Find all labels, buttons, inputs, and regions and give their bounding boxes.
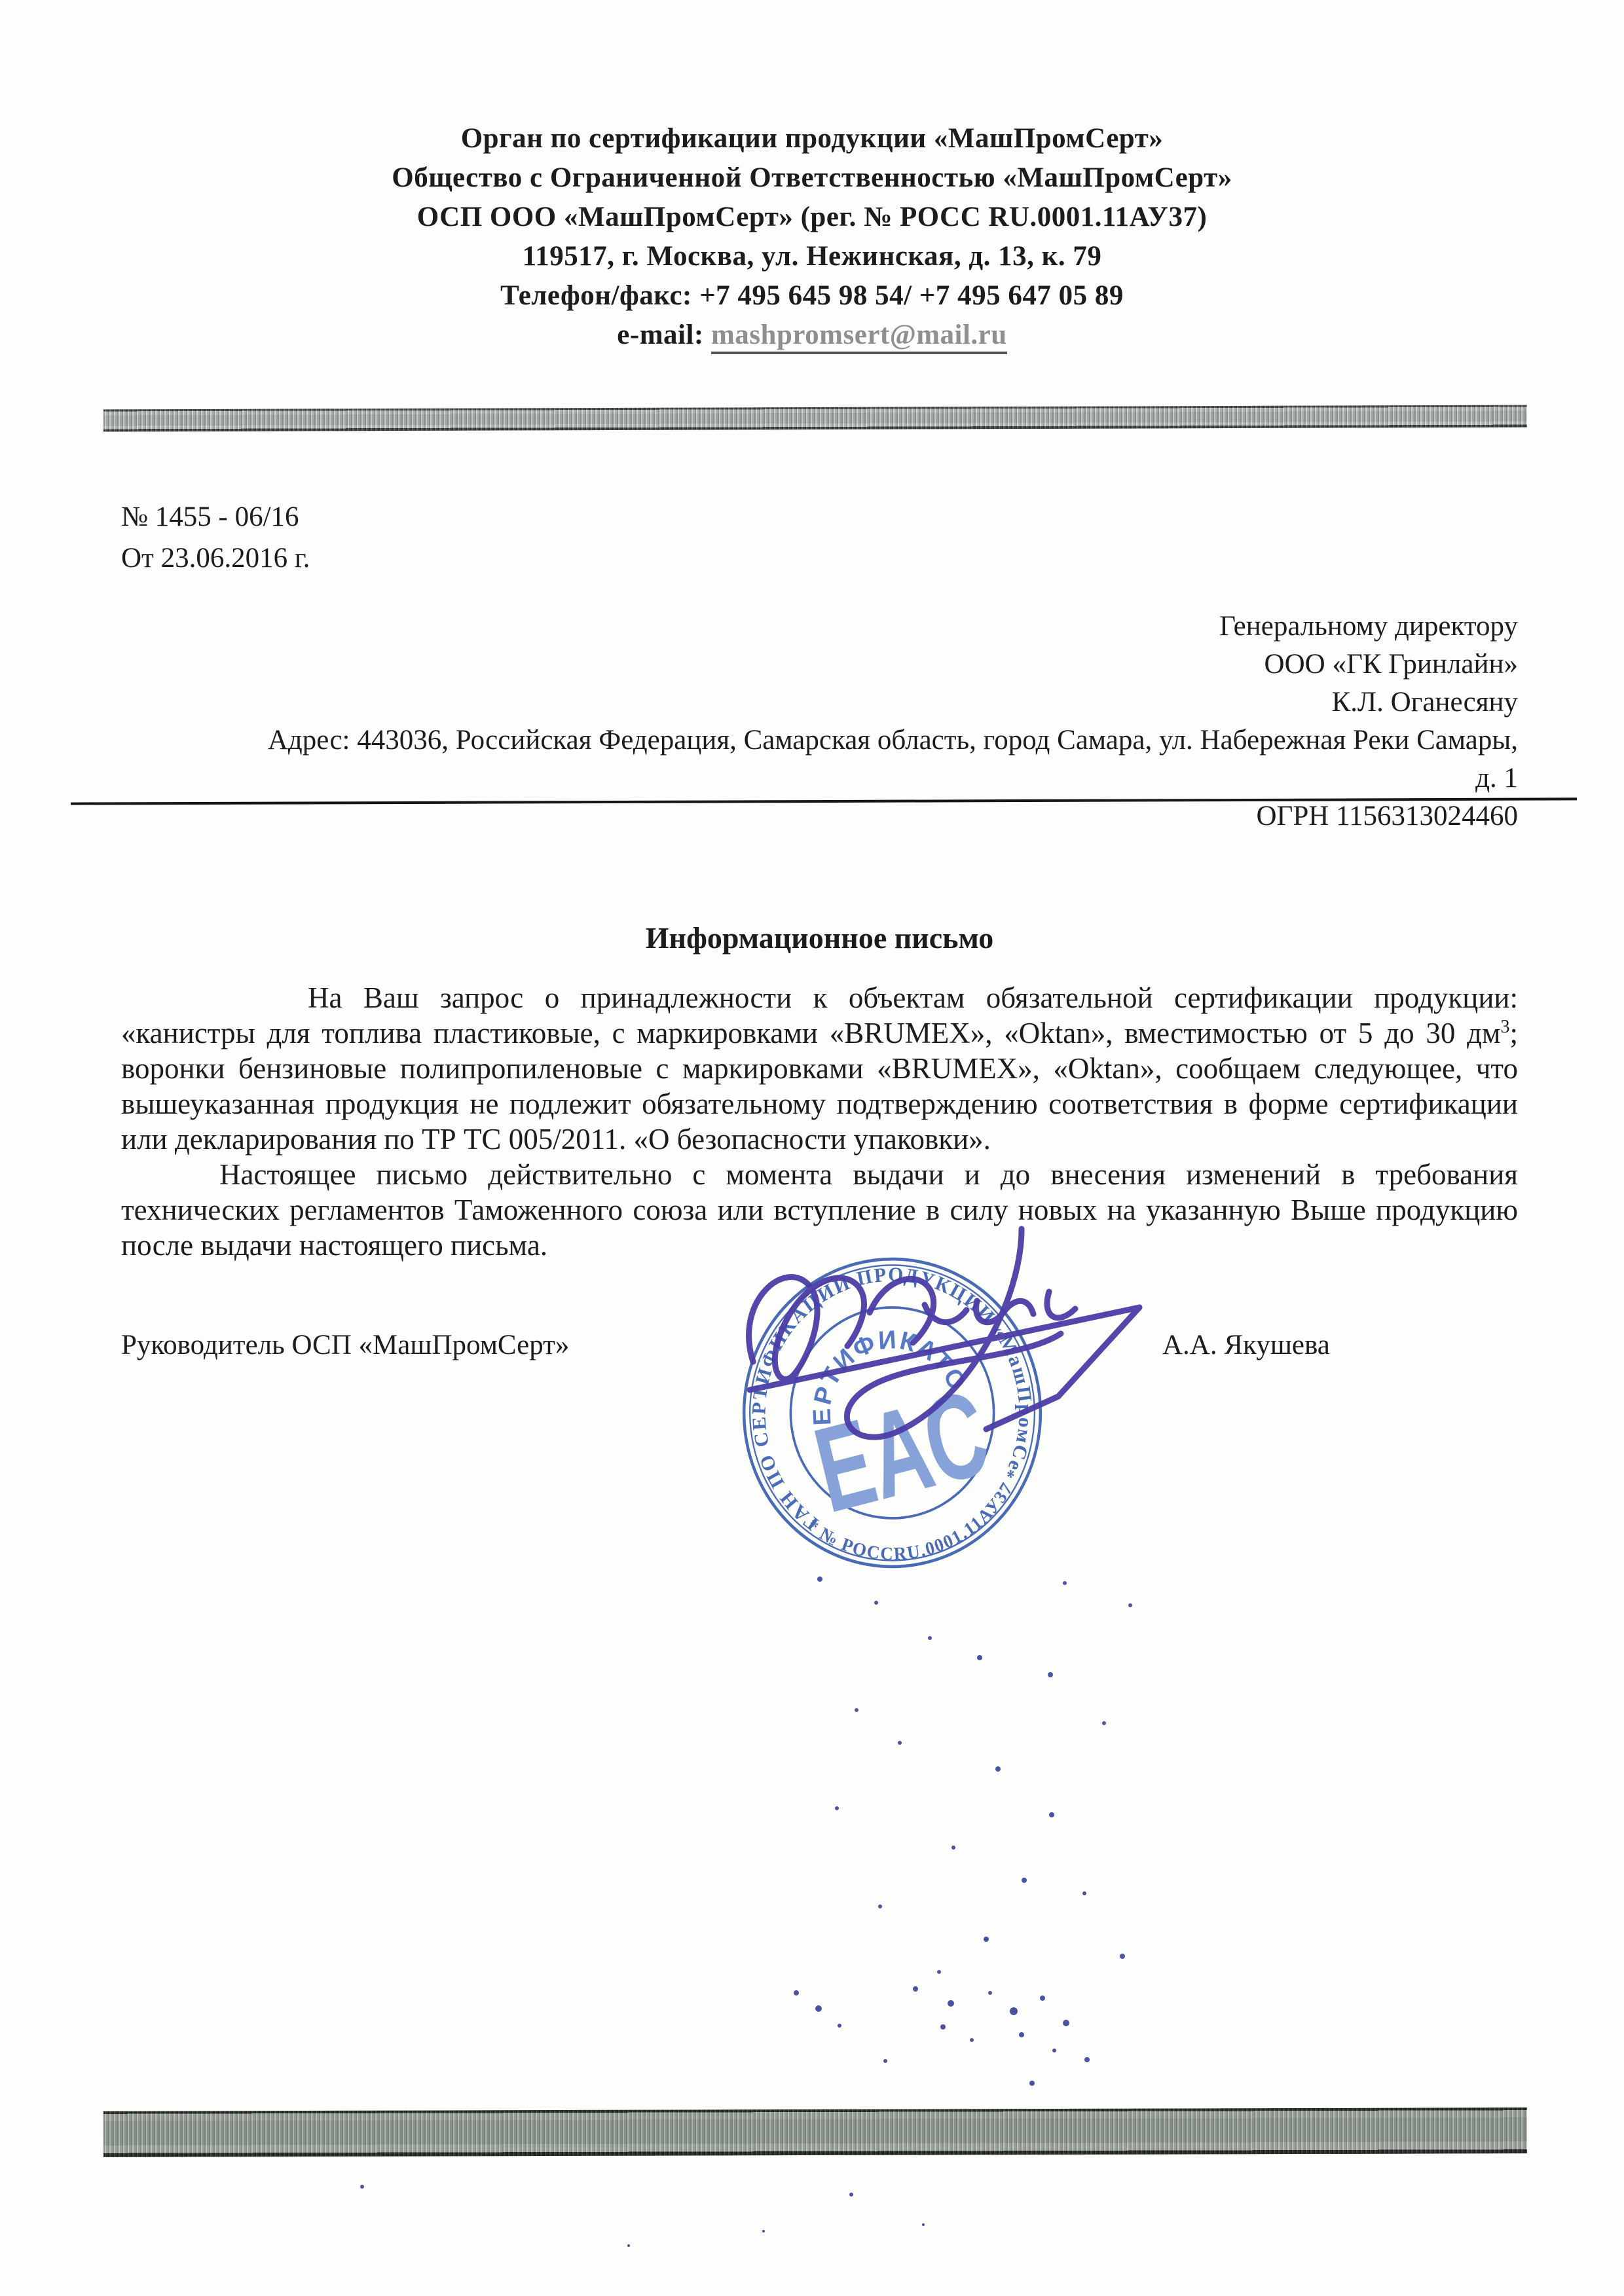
letterhead-company-line: Общество с Ограниченной Ответственностью… bbox=[131, 158, 1493, 198]
letterhead-address-line: 119517, г. Москва, ул. Нежинская, д. 13,… bbox=[131, 237, 1493, 276]
letterhead-email-line: e-mail: mashpromsert@mail.ru bbox=[131, 316, 1493, 355]
recipient-name: К.Л. Оганесяну bbox=[121, 683, 1518, 721]
body-paragraph-1: На Ваш запрос о принадлежности к объекта… bbox=[121, 980, 1518, 1157]
recipient-position: Генеральному директору bbox=[121, 608, 1518, 646]
email-link[interactable]: mashpromsert@mail.ru bbox=[711, 319, 1007, 354]
reference-date: От 23.06.2016 г. bbox=[121, 538, 310, 579]
recipient-address-building: д. 1 bbox=[121, 759, 1518, 797]
letterhead: Орган по сертификации продукции «МашПром… bbox=[131, 119, 1493, 355]
scanned-letter-page: Орган по сертификации продукции «МашПром… bbox=[0, 0, 1624, 2296]
letterhead-phone-line: Телефон/факс: +7 495 645 98 54/ +7 495 6… bbox=[131, 276, 1493, 316]
separator-bar-top bbox=[103, 405, 1527, 432]
letter-title: Информационное письмо bbox=[121, 920, 1518, 955]
signature-ink bbox=[694, 1208, 1198, 1489]
reference-block: № 1455 - 06/16 От 23.06.2016 г. bbox=[121, 496, 310, 579]
email-label: e-mail: bbox=[617, 319, 703, 350]
letterhead-org-line: Орган по сертификации продукции «МашПром… bbox=[131, 119, 1493, 158]
recipient-address: Адрес: 443036, Российская Федерация, Сам… bbox=[121, 721, 1518, 759]
signature-svg bbox=[694, 1208, 1198, 1489]
letterhead-reg-line: ОСП ООО «МашПромСерт» (рег. № РОСС RU.00… bbox=[131, 198, 1493, 237]
signer-position: Руководитель ОСП «МашПромСерт» bbox=[121, 1329, 569, 1361]
reference-number: № 1455 - 06/16 bbox=[121, 496, 310, 538]
separator-bar-bottom bbox=[103, 2107, 1527, 2157]
recipient-company: ООО «ГК Гринлайн» bbox=[121, 646, 1518, 683]
body-p1-superscript: 3 bbox=[1500, 1017, 1509, 1037]
body-p1-text: На Ваш запрос о принадлежности к объекта… bbox=[121, 981, 1518, 1049]
